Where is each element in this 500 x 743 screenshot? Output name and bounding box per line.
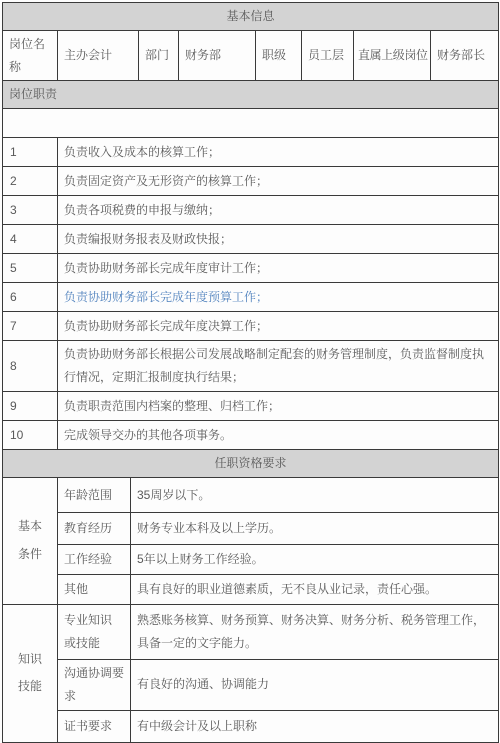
section-header-duties: 岗位职责 [3, 81, 499, 109]
duty-number: 2 [3, 167, 58, 196]
duty-text: 负责协助财务部长根据公司发展战略制定配套的财务管理制度，负责监督制度执行情况，定… [58, 341, 499, 392]
field-label-position-name: 岗位名称 [3, 30, 58, 81]
duty-number: 7 [3, 312, 58, 341]
duty-text: 完成领导交办的其他各项事务。 [58, 420, 499, 449]
qualification-row: 证书要求 有中级会计及以上职称 [3, 710, 499, 742]
duty-text-highlighted: 负责协助财务部长完成年度预算工作； [58, 283, 499, 312]
duty-number: 9 [3, 391, 58, 420]
duty-number: 1 [3, 138, 58, 167]
duty-text: 负责收入及成本的核算工作； [58, 138, 499, 167]
duty-text: 负责固定资产及无形资产的核算工作； [58, 167, 499, 196]
duty-text: 负责协助财务部长完成年度审计工作； [58, 254, 499, 283]
duty-number: 5 [3, 254, 58, 283]
qual-label-line: 或技能 [64, 632, 124, 655]
qual-label-education: 教育经历 [58, 512, 131, 544]
field-value-rank: 员工层 [302, 30, 354, 81]
qual-label-age-range: 年龄范围 [58, 477, 131, 512]
group-label-line: 基本 [9, 513, 51, 541]
duty-text: 负责职责范围内档案的整理、归档工作； [58, 391, 499, 420]
duties-table: 岗位职责 1 负责收入及成本的核算工作； 2 负责固定资产及无形资产的核算工作；… [2, 80, 499, 450]
duty-row: 3 负责各项税费的申报与缴纳； [3, 196, 499, 225]
section-header-basic-info: 基本信息 [3, 3, 499, 31]
field-value-position-name: 主办会计 [58, 30, 139, 81]
duty-number: 3 [3, 196, 58, 225]
group-label-line: 条件 [9, 541, 51, 569]
duty-row: 1 负责收入及成本的核算工作； [3, 138, 499, 167]
section-header-qualifications: 任职资格要求 [3, 449, 499, 477]
duty-text: 负责协助财务部长完成年度决算工作； [58, 312, 499, 341]
duty-number: 8 [3, 341, 58, 392]
group-label-line: 技能 [9, 673, 51, 701]
duties-empty-cell [3, 109, 499, 138]
duty-number: 4 [3, 225, 58, 254]
qual-value-other: 具有良好的职业道德素质，无不良从业记录，责任心强。 [131, 574, 499, 604]
duty-text: 负责编报财务报表及财政快报； [58, 225, 499, 254]
qual-value-certificate: 有中级会计及以上职称 [131, 710, 499, 742]
qual-value-experience: 5年以上财务工作经验。 [131, 544, 499, 574]
basic-info-row: 岗位名称 主办会计 部门 财务部 职级 员工层 直属上级岗位 财务部长 [3, 30, 499, 81]
field-value-department: 财务部 [179, 30, 256, 81]
qual-value-education: 财务专业本科及以上学历。 [131, 512, 499, 544]
qualification-row: 沟通协调要求 有良好的沟通、协调能力 [3, 659, 499, 710]
field-label-direct-superior: 直属上级岗位 [354, 30, 431, 81]
duties-empty-row [3, 109, 499, 138]
duty-row: 10 完成领导交办的其他各项事务。 [3, 420, 499, 449]
duty-row: 2 负责固定资产及无形资产的核算工作； [3, 167, 499, 196]
duty-row: 9 负责职责范围内档案的整理、归档工作； [3, 391, 499, 420]
qual-label-experience: 工作经验 [58, 544, 131, 574]
duty-number: 10 [3, 420, 58, 449]
duty-row: 5 负责协助财务部长完成年度审计工作； [3, 254, 499, 283]
duty-row: 6 负责协助财务部长完成年度预算工作； [3, 283, 499, 312]
duty-row: 8 负责协助财务部长根据公司发展战略制定配套的财务管理制度，负责监督制度执行情况… [3, 341, 499, 392]
qual-label-certificate: 证书要求 [58, 710, 131, 742]
field-label-rank: 职级 [256, 30, 302, 81]
duty-number: 6 [3, 283, 58, 312]
group-label-basic-conditions: 基本 条件 [3, 477, 58, 604]
qual-label-communication: 沟通协调要求 [58, 659, 131, 710]
group-label-knowledge-skills: 知识 技能 [3, 604, 58, 742]
basic-info-table: 基本信息 岗位名称 主办会计 部门 财务部 职级 员工层 直属上级岗位 财务部长 [2, 2, 499, 81]
field-label-department: 部门 [139, 30, 179, 81]
qual-label-professional-knowledge: 专业知识 或技能 [58, 604, 131, 659]
qualification-row: 教育经历 财务专业本科及以上学历。 [3, 512, 499, 544]
qualification-row: 基本 条件 年龄范围 35周岁以下。 [3, 477, 499, 512]
qualification-row: 工作经验 5年以上财务工作经验。 [3, 544, 499, 574]
qual-value-communication: 有良好的沟通、协调能力 [131, 659, 499, 710]
group-label-line: 知识 [9, 646, 51, 674]
qual-label-other: 其他 [58, 574, 131, 604]
qual-value-professional-knowledge: 熟悉账务核算、财务预算、财务决算、财务分析、税务管理工作，具备一定的文字能力。 [131, 604, 499, 659]
qual-label-line: 专业知识 [64, 609, 124, 632]
qualification-row: 其他 具有良好的职业道德素质，无不良从业记录，责任心强。 [3, 574, 499, 604]
qualification-row: 知识 技能 专业知识 或技能 熟悉账务核算、财务预算、财务决算、财务分析、税务管… [3, 604, 499, 659]
duty-row: 4 负责编报财务报表及财政快报； [3, 225, 499, 254]
qual-value-age-range: 35周岁以下。 [131, 477, 499, 512]
duty-text: 负责各项税费的申报与缴纳； [58, 196, 499, 225]
field-value-direct-superior: 财务部长 [431, 30, 499, 81]
duty-row: 7 负责协助财务部长完成年度决算工作； [3, 312, 499, 341]
qualifications-table: 任职资格要求 基本 条件 年龄范围 35周岁以下。 教育经历 财务专业本科及以上… [2, 449, 499, 743]
job-description-document: 基本信息 岗位名称 主办会计 部门 财务部 职级 员工层 直属上级岗位 财务部长… [0, 0, 500, 703]
